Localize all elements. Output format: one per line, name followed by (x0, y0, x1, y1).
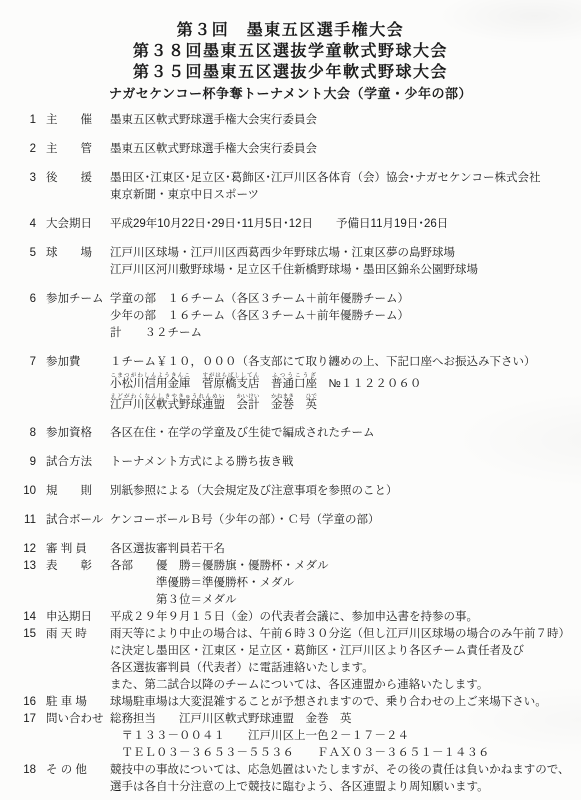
item-content: 江戸川区球場・江戸川区西葛西少年野球広場・江東区夢の島野球場江戸川区河川敷野球場… (110, 245, 575, 279)
item-content: 墨東五区軟式野球選手権大会実行委員会 (110, 141, 575, 158)
item-number: 12 (14, 541, 36, 558)
item-label: 試合ボール (46, 512, 110, 529)
item-number: 15 (14, 626, 36, 643)
item-label: 参加費 (46, 354, 110, 371)
list-item-1: 1 主 催 墨東五区軟式野球選手権大会実行委員会 (14, 112, 575, 129)
content-line: ケンコーボールＢ号（少年の部）・Ｃ号（学童の部） (110, 512, 575, 529)
content-line: 準優勝＝準優勝杯・メダル (110, 575, 575, 592)
item-number: 18 (14, 762, 36, 779)
item-label: そ の 他 (46, 762, 110, 779)
content-line-ruby: 小松川信用金庫こまつがわしんようきんこ 菅原橋支店すがはらばししてん 普通口座ふ… (110, 371, 575, 392)
content-line: 平成29年10月22日･29日･11月5日･12日 予備日11月19日･26日 (110, 216, 575, 233)
item-content: 各区在住・在学の学童及び生徒で編成されたチーム (110, 425, 575, 442)
content-line: 墨東五区軟式野球選手権大会実行委員会 (110, 112, 575, 129)
list-item-9: 9 試合方法 トーナメント方式による勝ち抜き戦 (14, 454, 575, 471)
content-line: 江戸川区球場・江戸川区西葛西少年野球広場・江東区夢の島野球場 (110, 245, 575, 262)
main-title-line-3: 第３５回墨東五区選抜少年軟式野球大会 (0, 62, 581, 83)
main-title-line-2: 第３８回墨東五区選抜学童軟式野球大会 (0, 41, 581, 62)
item-label: 主 管 (46, 141, 110, 158)
item-content: 平成29年10月22日･29日･11月5日･12日 予備日11月19日･26日 (110, 216, 575, 233)
list-item-3: 3 後 援 墨田区･江東区･足立区･葛飾区･江戸川区各体育（会）協会･ナガセケン… (14, 170, 575, 204)
list-item-13: 13 表 彰 各部 優 勝＝優勝旗・優勝杯・メダル 準優勝＝準優勝杯・メダル 第… (14, 558, 575, 609)
items-list: 1 主 催 墨東五区軟式野球選手権大会実行委員会 2 主 管 墨東五区軟式野球選… (0, 103, 581, 796)
item-number: 11 (14, 512, 36, 529)
item-content: 墨東五区軟式野球選手権大会実行委員会 (110, 112, 575, 129)
content-line-ruby: 江戸川区軟式野球連盟えどがわくなんしきやきゅうれんめい 会計かいけい 金巻かねま… (110, 392, 575, 413)
ruby-text: 菅原橋支店すがはらばししてん (202, 378, 260, 390)
item-content: 各区選抜審判員若干名 (110, 541, 575, 558)
item-content: ケンコーボールＢ号（少年の部）・Ｃ号（学童の部） (110, 512, 575, 529)
item-number: 14 (14, 609, 36, 626)
content-line: 総務担当 江戸川区軟式野球連盟 金巻 英 (110, 711, 575, 728)
item-label: 駐 車 場 (46, 694, 110, 711)
list-item-6: 6 参加チーム 学童の部 １６チーム（各区３チーム＋前年優勝チーム）少年の部 １… (14, 291, 575, 342)
item-content: 別紙参照による（大会規定及び注意事項を参照のこと） (110, 483, 575, 500)
item-label: 表 彰 (46, 558, 110, 575)
item-number: 2 (14, 141, 36, 158)
item-number: 1 (14, 112, 36, 129)
content-line: ＴＥＬ０３－３６５３－５５３６ ＦＡＸ０３－３６５１－１４３６ (110, 745, 575, 762)
list-item-15: 15 雨 天 時 雨天等により中止の場合は、午前６時３０分迄（但し江戸川区球場の… (14, 626, 575, 694)
content-line: 選手は各自十分注意の上で競技に臨むよう、各区連盟より周知願います。 (110, 779, 575, 796)
content-line: １チーム￥１０，０００（各支部にて取り纏めの上、下記口座へお振込み下さい） (110, 354, 575, 371)
item-content: 墨田区･江東区･足立区･葛飾区･江戸川区各体育（会）協会･ナガセケンコー株式会社… (110, 170, 575, 204)
item-number: 8 (14, 425, 36, 442)
item-label: 参加チーム (46, 291, 110, 308)
content-line: に決定し墨田区・江東区・足立区・葛飾区・江戸川区より各区チーム責任者及び (110, 643, 575, 660)
content-line: 平成２９年９月１５日（金）の代表者会議に、参加申込書を持参の事。 (110, 609, 575, 626)
content-line: 競技中の事故については、応急処置はいたしますが、その後の責任は負いかねますので、 (110, 762, 575, 779)
item-content: 学童の部 １６チーム（各区３チーム＋前年優勝チーム）少年の部 １６チーム（各区３… (110, 291, 575, 342)
ruby-text: 江戸川区軟式野球連盟えどがわくなんしきやきゅうれんめい (110, 399, 225, 411)
item-label: 球 場 (46, 245, 110, 262)
item-content: 球場駐車場は大変混雑することが予想されますので、乗り合わせの上ご来場下さい。 (110, 694, 575, 711)
content-line: 〒１３３－００４１ 江戸川区上一色２－１７－２４ (110, 728, 575, 745)
list-item-7: 7 参加費 １チーム￥１０，０００（各支部にて取り纏めの上、下記口座へお振込み下… (14, 354, 575, 413)
item-label: 問い合わせ (46, 711, 110, 728)
list-item-17: 17 問い合わせ 総務担当 江戸川区軟式野球連盟 金巻 英 〒１３３－００４１ … (14, 711, 575, 762)
content-line: 江戸川区河川敷野球場・足立区千住新橋野球場・墨田区錦糸公園野球場 (110, 262, 575, 279)
item-label: 大会期日 (46, 216, 110, 233)
item-content: 競技中の事故については、応急処置はいたしますが、その後の責任は負いかねますので、… (110, 762, 575, 796)
main-title-line-1: 第３回 墨東五区選手権大会 (0, 20, 581, 41)
content-line: 別紙参照による（大会規定及び注意事項を参照のこと） (110, 483, 575, 500)
ruby-text: 普通口座ふつうこうざ (271, 378, 317, 390)
list-item-11: 11 試合ボール ケンコーボールＢ号（少年の部）・Ｃ号（学童の部） (14, 512, 575, 529)
content-line: 墨東五区軟式野球選手権大会実行委員会 (110, 141, 575, 158)
content-line: 各区選抜審判員（代表者）に電話連絡いたします。 (110, 660, 575, 677)
ruby-text: 小松川信用金庫こまつがわしんようきんこ (110, 378, 191, 390)
document-subtitle: ナガセケンコー杯争奪トーナメント大会（学童・少年の部） (0, 85, 581, 103)
content-line: 墨田区･江東区･足立区･葛飾区･江戸川区各体育（会）協会･ナガセケンコー株式会社 (110, 170, 575, 187)
item-number: 13 (14, 558, 36, 575)
item-label: 参加資格 (46, 425, 110, 442)
item-label: 雨 天 時 (46, 626, 110, 643)
item-number: 4 (14, 216, 36, 233)
list-item-2: 2 主 管 墨東五区軟式野球選手権大会実行委員会 (14, 141, 575, 158)
content-line: トーナメント方式による勝ち抜き戦 (110, 454, 575, 471)
document-page: 第３回 墨東五区選手権大会 第３８回墨東五区選抜学童軟式野球大会 第３５回墨東五… (0, 0, 581, 800)
list-item-5: 5 球 場 江戸川区球場・江戸川区西葛西少年野球広場・江東区夢の島野球場江戸川区… (14, 245, 575, 279)
list-item-4: 4 大会期日 平成29年10月22日･29日･11月5日･12日 予備日11月1… (14, 216, 575, 233)
item-content: 各部 優 勝＝優勝旗・優勝杯・メダル 準優勝＝準優勝杯・メダル 第３位＝メダル (110, 558, 575, 609)
content-line: 東京新聞・東京中日スポーツ (110, 187, 575, 204)
item-number: 17 (14, 711, 36, 728)
content-line: 少年の部 １６チーム（各区３チーム＋前年優勝チーム） (110, 308, 575, 325)
item-content: 総務担当 江戸川区軟式野球連盟 金巻 英 〒１３３－００４１ 江戸川区上一色２－… (110, 711, 575, 762)
item-number: 16 (14, 694, 36, 711)
ruby-text: 英ひで (306, 399, 318, 411)
item-label: 後 援 (46, 170, 110, 187)
ruby-text: 会計かいけい (237, 399, 260, 411)
content-line: 学童の部 １６チーム（各区３チーム＋前年優勝チーム） (110, 291, 575, 308)
item-label: 主 催 (46, 112, 110, 129)
item-label: 申込期日 (46, 609, 110, 626)
list-item-14: 14 申込期日 平成２９年９月１５日（金）の代表者会議に、参加申込書を持参の事。 (14, 609, 575, 626)
content-line: 計 ３２チーム (110, 325, 575, 342)
item-number: 7 (14, 354, 36, 371)
item-number: 9 (14, 454, 36, 471)
item-label: 規 則 (46, 483, 110, 500)
item-content: 雨天等により中止の場合は、午前６時３０分迄（但し江戸川区球場の場合のみ午前７時）… (110, 626, 575, 694)
item-number: 3 (14, 170, 36, 187)
content-line: 雨天等により中止の場合は、午前６時３０分迄（但し江戸川区球場の場合のみ午前７時） (110, 626, 575, 643)
item-number: 5 (14, 245, 36, 262)
item-content: １チーム￥１０，０００（各支部にて取り纏めの上、下記口座へお振込み下さい）小松川… (110, 354, 575, 413)
item-label: 審 判 員 (46, 541, 110, 558)
content-line: 第３位＝メダル (110, 592, 575, 609)
ruby-text: 金巻かねまき (271, 399, 294, 411)
item-label: 試合方法 (46, 454, 110, 471)
content-line: 各区在住・在学の学童及び生徒で編成されたチーム (110, 425, 575, 442)
document-header: 第３回 墨東五区選手権大会 第３８回墨東五区選抜学童軟式野球大会 第３５回墨東五… (0, 0, 581, 103)
content-line: また、第二試合以降のチームについては、各区連盟から連絡いたします。 (110, 677, 575, 694)
list-item-12: 12 審 判 員 各区選抜審判員若干名 (14, 541, 575, 558)
list-item-16: 16 駐 車 場 球場駐車場は大変混雑することが予想されますので、乗り合わせの上… (14, 694, 575, 711)
list-item-18: 18 そ の 他 競技中の事故については、応急処置はいたしますが、その後の責任は… (14, 762, 575, 796)
content-line: 各区選抜審判員若干名 (110, 541, 575, 558)
list-item-8: 8 参加資格 各区在住・在学の学童及び生徒で編成されたチーム (14, 425, 575, 442)
list-item-10: 10 規 則 別紙参照による（大会規定及び注意事項を参照のこと） (14, 483, 575, 500)
item-content: トーナメント方式による勝ち抜き戦 (110, 454, 575, 471)
item-number: 10 (14, 483, 36, 500)
content-line: 球場駐車場は大変混雑することが予想されますので、乗り合わせの上ご来場下さい。 (110, 694, 575, 711)
item-content: 平成２９年９月１５日（金）の代表者会議に、参加申込書を持参の事。 (110, 609, 575, 626)
item-number: 6 (14, 291, 36, 308)
content-line: 各部 優 勝＝優勝旗・優勝杯・メダル (110, 558, 575, 575)
